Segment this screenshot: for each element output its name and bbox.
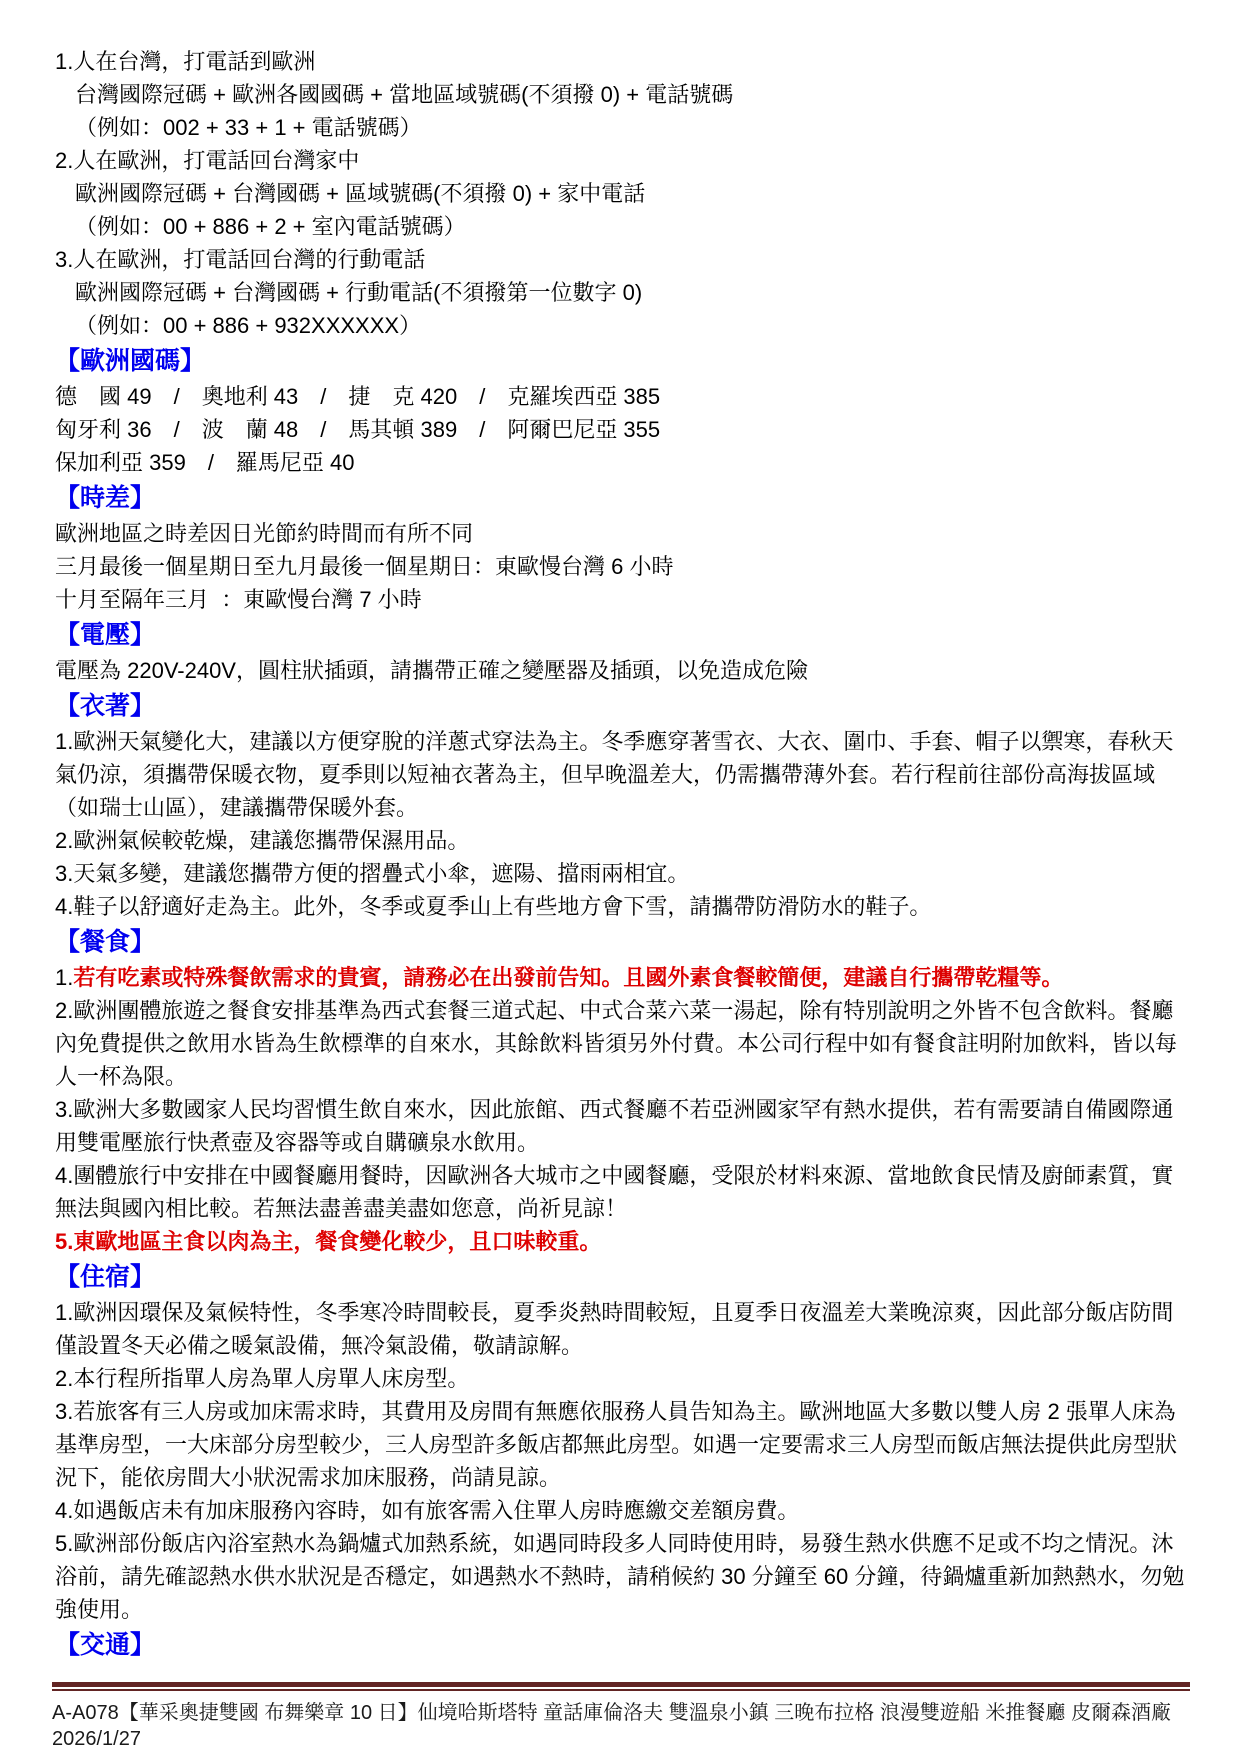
document-page: 1.人在台灣，打電話到歐洲台灣國際冠碼 + 歐洲各國國碼 + 當地區域號碼(不須… bbox=[0, 0, 1241, 1755]
section-heading: 【餐食】 bbox=[55, 923, 1191, 961]
text-line: 三月最後一個星期日至九月最後一個星期日：東歐慢台灣 6 小時 bbox=[55, 550, 1191, 583]
text-line: 電壓為 220V-240V，圓柱狀插頭，請攜帶正確之變壓器及插頭，以免造成危險 bbox=[55, 654, 1191, 687]
text-line: （例如：002 + 33 + 1 + 電話號碼） bbox=[55, 111, 1191, 144]
text-line: 4.團體旅行中安排在中國餐廳用餐時，因歐洲各大城市之中國餐廳，受限於材料來源、當… bbox=[55, 1159, 1191, 1225]
section-heading: 【歐洲國碼】 bbox=[55, 342, 1191, 380]
text-line: 歐洲地區之時差因日光節約時間而有所不同 bbox=[55, 517, 1191, 550]
text-line: （例如：00 + 886 + 2 + 室內電話號碼） bbox=[55, 210, 1191, 243]
text-line: 2.人在歐洲，打電話回台灣家中 bbox=[55, 144, 1191, 177]
text-line: 4.鞋子以舒適好走為主。此外，冬季或夏季山上有些地方會下雪，請攜帶防滑防水的鞋子… bbox=[55, 890, 1191, 923]
text-line: 2.本行程所指單人房為單人房單人床房型。 bbox=[55, 1362, 1191, 1395]
footer-divider bbox=[52, 1682, 1190, 1691]
text-run: 若有吃素或特殊餐飲需求的貴賓，請務必在出發前告知。且國外素食餐較簡便，建議自行攜… bbox=[73, 965, 1063, 990]
text-line: 2.歐洲團體旅遊之餐食安排基準為西式套餐三道式起、中式合菜六菜一湯起，除有特別說… bbox=[55, 994, 1191, 1093]
text-line: 歐洲國際冠碼 + 台灣國碼 + 區域號碼(不須撥 0) + 家中電話 bbox=[55, 177, 1191, 210]
text-line: 保加利亞 359 / 羅馬尼亞 40 bbox=[55, 446, 1191, 479]
text-line: 德 國 49 / 奧地利 43 / 捷 克 420 / 克羅埃西亞 385 bbox=[55, 380, 1191, 413]
section-heading: 【時差】 bbox=[55, 479, 1191, 517]
text-line: 3.歐洲大多數國家人民均習慣生飲自來水，因此旅館、西式餐廳不若亞洲國家罕有熱水提… bbox=[55, 1093, 1191, 1159]
text-line: 1.人在台灣，打電話到歐洲 bbox=[55, 45, 1191, 78]
text-line: 3.天氣多變，建議您攜帶方便的摺疊式小傘，遮陽、擋雨兩相宜。 bbox=[55, 857, 1191, 890]
section-heading: 【交通】 bbox=[55, 1626, 1191, 1664]
footer-divider-thin-line bbox=[52, 1689, 1190, 1691]
text-line: 1.若有吃素或特殊餐飲需求的貴賓，請務必在出發前告知。且國外素食餐較簡便，建議自… bbox=[55, 961, 1191, 994]
text-run: 1. bbox=[55, 965, 73, 990]
text-line: 台灣國際冠碼 + 歐洲各國國碼 + 當地區域號碼(不須撥 0) + 電話號碼 bbox=[55, 78, 1191, 111]
text-line: 3.人在歐洲，打電話回台灣的行動電話 bbox=[55, 243, 1191, 276]
text-line: （例如：00 + 886 + 932XXXXXX） bbox=[55, 309, 1191, 342]
section-heading: 【衣著】 bbox=[55, 687, 1191, 725]
text-line: 2.歐洲氣候較乾燥，建議您攜帶保濕用品。 bbox=[55, 824, 1191, 857]
text-line: 匈牙利 36 / 波 蘭 48 / 馬其頓 389 / 阿爾巴尼亞 355 bbox=[55, 413, 1191, 446]
text-line: 5.東歐地區主食以肉為主，餐食變化較少，且口味較重。 bbox=[55, 1225, 1191, 1258]
document-body: 1.人在台灣，打電話到歐洲台灣國際冠碼 + 歐洲各國國碼 + 當地區域號碼(不須… bbox=[55, 45, 1191, 1664]
text-line: 十月至隔年三月 ：東歐慢台灣 7 小時 bbox=[55, 583, 1191, 616]
section-heading: 【住宿】 bbox=[55, 1258, 1191, 1296]
footer-text: A-A078【華采奧捷雙國 布舞樂章 10 日】仙境哈斯塔特 童話庫倫洛夫 雙溫… bbox=[52, 1700, 1190, 1752]
text-line: 4.如遇飯店未有加床服務內容時，如有旅客需入住單人房時應繳交差額房費。 bbox=[55, 1494, 1191, 1527]
text-line: 1.歐洲天氣變化大，建議以方便穿脫的洋蔥式穿法為主。冬季應穿著雪衣、大衣、圍巾、… bbox=[55, 725, 1191, 824]
text-line: 1.歐洲因環保及氣候特性，冬季寒冷時間較長，夏季炎熱時間較短，且夏季日夜溫差大業… bbox=[55, 1296, 1191, 1362]
section-heading: 【電壓】 bbox=[55, 616, 1191, 654]
text-line: 歐洲國際冠碼 + 台灣國碼 + 行動電話(不須撥第一位數字 0) bbox=[55, 276, 1191, 309]
text-line: 3.若旅客有三人房或加床需求時，其費用及房間有無應依服務人員告知為主。歐洲地區大… bbox=[55, 1395, 1191, 1494]
text-line: 5.歐洲部份飯店內浴室熱水為鍋爐式加熱系統，如遇同時段多人同時使用時，易發生熱水… bbox=[55, 1527, 1191, 1626]
page-footer: A-A078【華采奧捷雙國 布舞樂章 10 日】仙境哈斯塔特 童話庫倫洛夫 雙溫… bbox=[52, 1682, 1190, 1752]
